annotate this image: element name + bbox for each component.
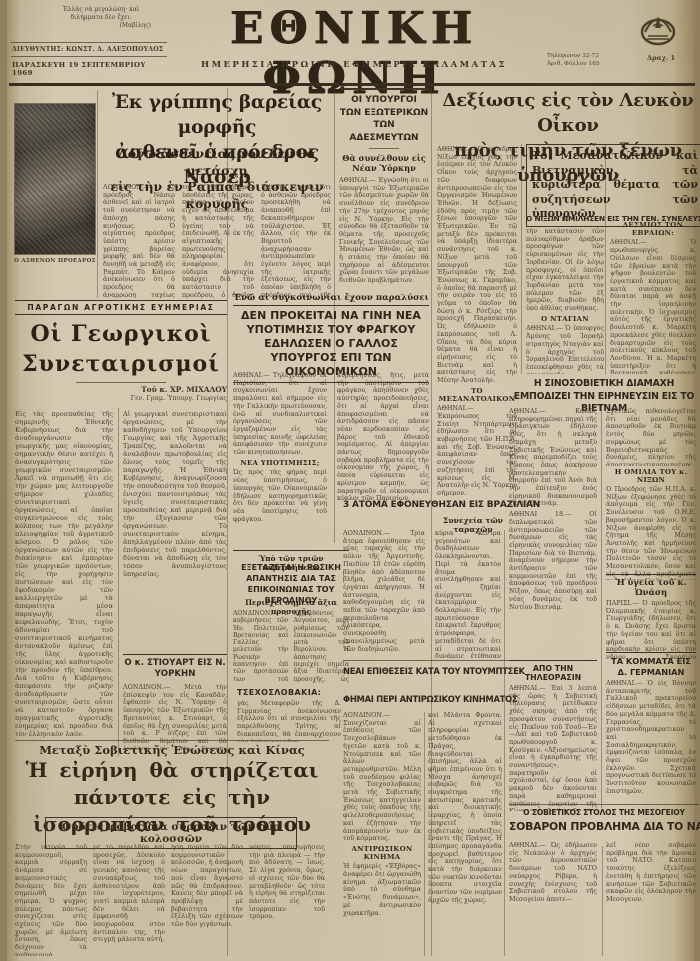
column-divider — [424, 712, 425, 956]
peace-body-col2: μὲ τὸ παρελθὸν καὶ προσεχῶς. Δύσκολο εἶν… — [93, 844, 165, 956]
nato-body-col2: λεῖ νέον σοβαρὸν πρόβλημα διὰ τὴν ἄμυναν… — [606, 842, 696, 956]
coops-body-col1: Εἰς τὰς προσπαθείας τῆς σημερινῆς Ἐθνικῆ… — [15, 410, 113, 756]
nato-body-col1: ΑΘΗΝΑΙ.— Ὡς ἐδήλωσεν εἰς Νεάπολιν ὁ ἀρχη… — [509, 842, 597, 956]
peace-body-col1: Στὴν ἱστορία τοῦ κομμουνισμοῦ, καμμιὰ σύ… — [15, 844, 87, 956]
lead-body-col1: ΛΟΝΔΙΝΟΝ.— Ὁ πρόεδρος Νάσερ ἀσθενεῖ καὶ … — [103, 184, 175, 298]
issue-line: Ἀριθ. Φύλλου 165 — [547, 60, 631, 68]
whitehouse-colA-p2: ΑΘΗΝΑΙ.— Ἐκπρόσωπος τοῦ Σταίητ Ντηπάρτμε… — [437, 405, 517, 496]
brazil-body-col2: κύρια κέντρα γεγονότων καὶ διαδηλώσεων ὁ… — [435, 530, 501, 658]
czech-body-col2: καὶ Μλάντα Φρόντα. Αἱ σχετικαὶ πληροφορί… — [428, 712, 502, 956]
nato-kicker: Ο ΣΟΒΙΕΤΙΚΟΣ ΣΤΟΛΟΣ ΤΗΣ ΜΕΣΟΓΕΙΟΥ — [509, 808, 699, 817]
franc-body-col2: κυβερνήσεως, ἥτις, μετὰ τὴν ὑποτίμησιν τ… — [337, 372, 429, 544]
parties-body: ΑΘΗΝΑΙ.— Ὁ εἰς Βόννην ἀνταποκριτὴς τοῦ Γ… — [606, 680, 696, 798]
newspaper-scan: { "masthead": { "motto_line1": "Ἑλλὰς νὰ… — [0, 0, 700, 961]
newspaper-subtitle: ΗΜΕΡΗΣΙΑ ΠΡΩΙΝΗ ΕΦΗΜΕΡΙΣ ΚΑΛΑΜΑΤΑΣ — [159, 60, 549, 70]
coops-article: ΠΑΡΑΓΩΝ ΑΓΡΟΤΙΚΗΣ ΕΥΗΜΕΡΙΑΣ Οἱ Γεωργικοὶ… — [15, 300, 227, 402]
dayan-subhead: Ο ΝΤΑΓΙΑΝ — [526, 316, 604, 324]
tv-title: ΑΠΟ ΤΗΝ ΤΗΛΕΟΡΑΣΙΝ — [509, 660, 597, 682]
whitehouse-colC: ΔΕΣΜΙΟΣ ΤΩΝ ΕΒΡΑΙΩΝ: ΑΘΗΝΑΙ.— Ὁ πρωθυπου… — [610, 222, 696, 374]
lead-body-col2: τοὶ μὲ τὰς σοβαρὰς ὑποθέσεις τῆς χώρας, … — [182, 184, 254, 298]
motto-attribution: (Μαβίλης) — [37, 22, 165, 30]
lead-headline-line1: Ἐκ γρίππης βαρείας μορφῆς — [101, 90, 333, 140]
czech-body-col1: ΛΟΝΔΙΝΟΝ.— Συνεχίζονται αἱ ἐπιθέσεις τῶν… — [343, 712, 421, 956]
brazil-headline: 3 ΑΤΟΜΑ ΕΦΟΝΕΥΘΗΣΑΝ ΕΙΣ ΒΡΑΖΙΛΙΑΝ — [343, 500, 513, 510]
vietnam-body-col1: ΑΘΗΝΑΙ.— Καλῶς πληροφορημέναι πηγαὶ τῆς … — [509, 408, 597, 658]
photo-caption: Ο ΑΣΘΕΝΩΝ ΠΡΟΕΔΡΟΣ — [9, 258, 101, 264]
franc-body-col1: ΑΘΗΝΑΙ.— Τηλεγραφοῦν ἐκ Παρισίων, ὅτι αἱ… — [233, 372, 327, 544]
nato-headline: ΣΟΒΑΡΟΝ ΠΡΟΒΛΗΜΑ ΔΙΑ ΤΟ ΝΑΤΟ — [509, 820, 699, 833]
masthead-info: Τηλέφωνον 32-73 Ἀριθ. Φύλλου 165 — [547, 52, 631, 68]
whitehouse-colC-p1: ΑΘΗΝΑΙ.— Ὁ πρωθυπουργὸς κ. Οὐίλσων εἶναι… — [610, 239, 696, 374]
tv-article: ΑΠΟ ΤΗΝ ΤΗΛΕΟΡΑΣΙΝ ΑΘΗΝΑΙ.— Ἐπὶ 3 λεπτὰ … — [509, 660, 597, 811]
unaligned-title: ΟΙ ΥΠΟΥΡΓΟΙ ΤΩΝ ΕΞΩΤΕΡΙΚΩΝ ΤΩΝ ΑΔΕΣΜΕΥΤΩ… — [339, 88, 429, 144]
franc-kicker: Ἐνῶ αἱ συγκοινωνίαι ἔχουν παραλύσει — [233, 293, 429, 303]
franc-col1-p2: Ὡς πρὸς τὰς φήμας περὶ νέας ὑποτιμήσεως,… — [233, 469, 327, 523]
parties-title: ΤΑ ΚΟΜΜΑΤΑ ΕΙΣ Δ. ΓΕΡΜΑΝΙΑΝ — [606, 652, 696, 677]
column-divider — [118, 408, 119, 756]
nixon-speech-title: Η ΟΜΙΛΙΑ ΤΟΥ κ. ΝΙΞΩΝ — [606, 468, 696, 484]
price-line: Δραχ. 1 — [647, 54, 697, 62]
column-divider — [97, 90, 98, 298]
vietnam-col1-p2: ΑΘΗΝΑΙ 18.— Οἱ διπλωματικοὶ τῶν ἀντιπροσ… — [509, 511, 597, 611]
czech-col1-p2: Ἡ ἐφημερὶς «Ἐξβόρας» ἀναφέρει ὅτι ὠργανώ… — [343, 863, 421, 917]
czech-label: ΤΣΕΧΟΣΛΟΒΑΚΙΑ: — [237, 688, 341, 697]
vietnam-col1-p1: ΑΘΗΝΑΙ.— Καλῶς πληροφορημέναι πηγαὶ τῆς … — [509, 408, 597, 508]
whitehouse-colB-p2: ΑΘΗΝΑΙ.— Ὁ ὑπουργὸς Ἀμύνης τοῦ Ἰσραὴλ στ… — [526, 325, 604, 374]
peace-body-col3: ηση πορεία τῶν δύο κομμουνιστικῶν κολοσσ… — [171, 844, 243, 956]
phone-line: Τηλέφωνον 32-73 — [547, 52, 631, 60]
nato-rule — [509, 804, 699, 805]
vietnam-body-col2: Σχετικῶς πιθανολογεῖται ὅτι νέαι μονάδες… — [606, 408, 696, 466]
nixon-speech-body: Ὁ Πρόεδρος τῶν Η.Π.Α. κ. Νίξων ἐξεφώνησε… — [606, 486, 696, 580]
czech-col1-p1: ΛΟΝΔΙΝΟΝ.— Συνεχίζονται αἱ ἐπιθέσεις τῶν… — [343, 712, 421, 843]
whitehouse-colB-p1: τὴν κατάστασιν τῶν πολυαρίθμων ἀράβων πρ… — [526, 228, 604, 313]
lead-body-col3: Ἐπίσης λέγεται, ὅτι ὁ ἀσθενῶν πρόεδρος π… — [261, 184, 331, 298]
coops-kicker: ΠΑΡΑΓΩΝ ΑΓΡΟΤΙΚΗΣ ΕΥΗΜΕΡΙΑΣ — [15, 300, 227, 315]
tv-body: ΑΘΗΝΑΙ.— Ἐπὶ 3 λεπτὰ τῆς ὥρας ἡ Σοβιετικ… — [509, 685, 597, 811]
stewart-article: Ο κ. ΣΤΙΟΥΑΡΤ ΕΙΣ Ν. ΥΟΡΚΗΝ ΛΟΝΔΙΝΟΝ.— Μ… — [123, 654, 227, 750]
whitehouse-colA: ΑΘΗΝΑΙ.— Ὁ πρόεδρος Νίξων ἐδέχθη χθὲς τὴ… — [437, 146, 517, 496]
whitehouse-colA-p1: ΑΘΗΝΑΙ.— Ὁ πρόεδρος Νίξων ἐδέχθη χθὲς τὴ… — [437, 146, 517, 385]
czech-subhead: ΑΝΤΙΡΩΣΙΚΟΝ ΚΙΝΗΜΑ — [343, 846, 421, 861]
peace-body-col4: νόητες ὑποχωρήσεις τὴν μιὰ πλευρὰ — τὴν … — [249, 844, 325, 956]
unaligned-deck: Θὰ συνέλθουν εἰς Νέαν Ὑόρκην — [339, 153, 429, 173]
column-divider — [602, 846, 603, 956]
franc-col1-p1: ΑΘΗΝΑΙ.— Τηλεγραφοῦν ἐκ Παρισίων, ὅτι αἱ… — [233, 372, 327, 457]
motto-line1: Ἑλλὰς νὰ μεγαλώσῃ· καὶ — [37, 6, 165, 14]
whitehouse-colB: τὴν κατάστασιν τῶν πολυαρίθμων ἀράβων πρ… — [526, 228, 604, 374]
coops-rule — [76, 382, 166, 383]
whitehouse-headline-line1: Δεξίωσις εἰς τὸν Λευκὸν Οἶκον — [437, 88, 699, 138]
unaligned-rule — [369, 148, 399, 149]
director-line: ΔΙΕΥΘΥΝΤΗΣ: ΚΩΝΣΤ. Δ. ΑΛΕΞΟΠΟΥΛΟΣ — [12, 46, 168, 53]
masthead-motto: Ἑλλὰς νὰ μεγαλώσῃ· καὶ διλήμματα δὲν ἔχε… — [37, 6, 165, 30]
czech-rule — [343, 660, 511, 661]
stewart-title: Ο κ. ΣΤΙΟΥΑΡΤ ΕΙΣ Ν. ΥΟΡΚΗΝ — [123, 654, 227, 680]
onassis-article: Ἡ ὑγεία τοῦ κ. Ὠνάση ΠΑΡΙΣΙ.— Ὁ πρόεδρος… — [606, 574, 696, 662]
masthead-rule — [9, 83, 695, 86]
lead-deck-line1: Λόγω ἀσθενείας του δὲν θὰ μετάσχη — [101, 146, 333, 179]
peace-kicker: Μεταξὺ Σοβιετικῆς Ἑνώσεως καὶ Κίνας — [15, 743, 329, 757]
unaligned-article: ΟΙ ΥΠΟΥΡΓΟΙ ΤΩΝ ΕΞΩΤΕΡΙΚΩΝ ΤΩΝ ΑΔΕΣΜΕΥΤΩ… — [339, 88, 429, 327]
masthead-divider — [11, 42, 167, 43]
motto-line2: διλήμματα δὲν ἔχει. — [37, 14, 165, 22]
coops-byline2: Γεν. Γραμ. Ὑπουργ. Γεωργίας — [15, 394, 227, 402]
coops-title: Οἱ Γεωργικοὶ Συνεταιρισμοί — [15, 319, 227, 379]
franc-subhead: ΝΕΑ ΥΠΟΤΙΜΗΣΙΣ; — [233, 460, 327, 468]
berlin-body-continued: γὰς Μεταφορῶν τῆς Δ. Γερμανίας ἀνεκοίνωσ… — [237, 700, 341, 742]
czech-headline-2: ΦΗΜΑΙ ΠΕΡΙ ΑΝΤΙΡΩΣΙΚΟΥ ΚΙΝΗΜΑΤΟΣ — [343, 694, 511, 704]
coops-body-col2: Αἱ γεωργικαὶ συνεταιριστικαὶ ὀργανώσεις,… — [123, 410, 227, 650]
masthead-divider-2 — [11, 56, 167, 57]
column-divider — [601, 404, 602, 808]
peace-rule — [15, 740, 329, 741]
coops-byline: Τοῦ κ. ΧΡ. ΜΙΧΑΛΟΥ — [15, 385, 227, 394]
newspaper-page: Ἑλλὰς νὰ μεγαλώσῃ· καὶ διλήμματα δὲν ἔχε… — [7, 0, 694, 961]
column-divider — [504, 530, 505, 956]
brazil-body-col1: ΛΟΝΔΙΝΟΝ.— Τρία ἄτομα ἐφονεύθησαν εἰς νέ… — [343, 530, 425, 658]
czech-headline-1: ΝΕΑΙ ΕΠΙΘΕΣΕΙΣ ΚΑΤΑ ΤΟΥ ΝΤΟΥΜΠΤΣΕΚ — [343, 666, 511, 676]
phoenix-emblem-icon — [635, 6, 681, 52]
berlin-body: ΛΟΝΔΙΝΟΝ.— Αἱ κυβερνήσεις τῶν Ἡν. Πολιτε… — [233, 610, 349, 684]
nixon-speech-article: Η ΟΜΙΛΙΑ ΤΟΥ κ. ΝΙΞΩΝ Ὁ Πρόεδρος τῶν Η.Π… — [606, 468, 696, 580]
parties-article: ΤΑ ΚΟΜΜΑΤΑ ΕΙΣ Δ. ΓΕΡΜΑΝΙΑΝ ΑΘΗΝΑΙ.— Ὁ ε… — [606, 652, 696, 798]
date-line: ΠΑΡΑΣΚΕΥΗ 19 ΣΕΠΤΕΜΒΡΙΟΥ 1969 — [12, 61, 168, 77]
wilson-subhead: ΔΕΣΜΙΟΣ ΤΩΝ ΕΒΡΑΙΩΝ: — [610, 222, 696, 237]
onassis-title: Ἡ ὑγεία τοῦ κ. Ὠνάση — [606, 574, 696, 597]
mideast-subhead: ΤΟ ΜΕΣΑΝΑΤΟΛΙΚΟΝ — [437, 388, 517, 403]
nasser-photo — [15, 104, 95, 254]
